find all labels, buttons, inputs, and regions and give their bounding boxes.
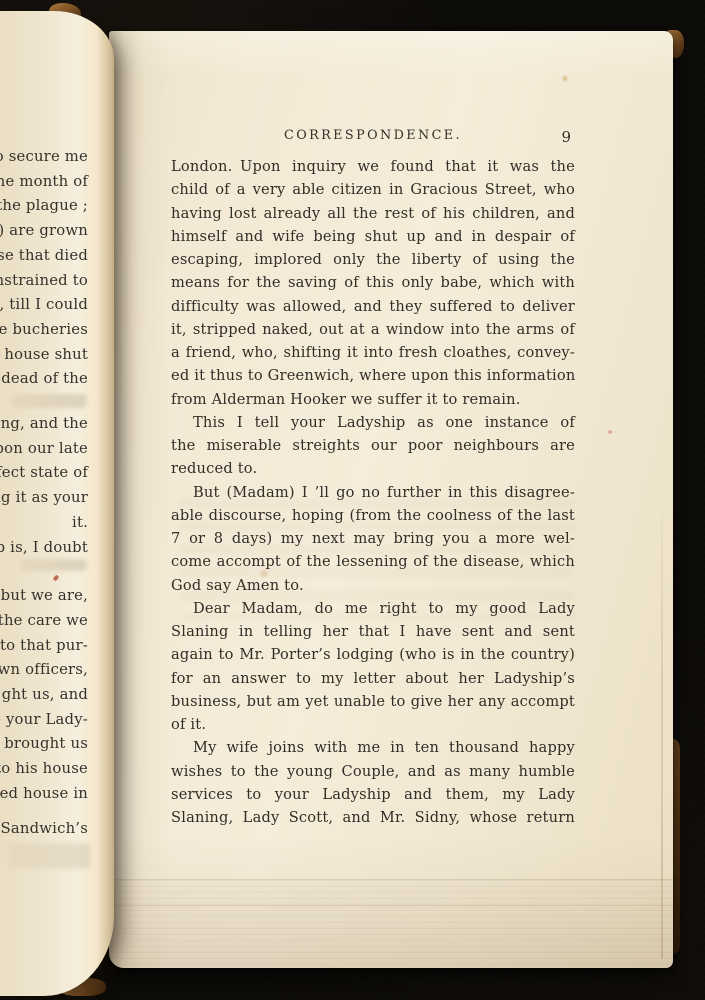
- text-line-fragment: own officers,: [0, 658, 88, 683]
- text-line: Slaning, Lady Scott, and Mr. Sidny, whos…: [171, 806, 575, 829]
- text-line-fragment: ne bucheries: [0, 318, 88, 343]
- text-line-fragment: se that died: [0, 244, 88, 269]
- left-page-curled: to secure mehe month ofthe plague ;d) ar…: [0, 11, 114, 996]
- text-line-fragment: the care we: [0, 609, 88, 634]
- text-line: My wife joins with me in ten thousand ha…: [171, 736, 575, 759]
- text-line-fragment: it.: [0, 511, 88, 536]
- text-line: again to Mr. Porter’s lodging (who is in…: [171, 643, 575, 666]
- text-line-fragment: rfect state of: [0, 461, 88, 486]
- text-line-fragment: pon our late: [0, 437, 88, 462]
- text-line: business, but am yet unable to give her …: [171, 690, 575, 713]
- text-line: services to your Ladyship and them, my L…: [171, 783, 575, 806]
- text-line: of it.: [171, 713, 575, 736]
- text-line-fragment: e your Lady-: [0, 708, 88, 733]
- text-line-fragment: s house shut: [0, 343, 88, 368]
- text-line: the miserable streights our poor neighbo…: [171, 434, 575, 457]
- text-line: difficulty was allowed, and they suffere…: [171, 295, 575, 318]
- text-line: reduced to.: [171, 457, 575, 480]
- open-book-photo: CORRESPONDENCE. 9 London. Upon inquiry w…: [0, 0, 705, 1000]
- page-number: 9: [561, 128, 571, 146]
- text-line: This I tell your Ladyship as one instanc…: [171, 411, 575, 434]
- foxing-spot: [607, 430, 613, 434]
- text-line: it, stripped naked, out at a window into…: [171, 318, 575, 341]
- text-line-fragment: the plague ;: [0, 194, 88, 219]
- text-line: means for the saving of this only babe, …: [171, 271, 575, 294]
- page-text-block: London. Upon inquiry we found that it wa…: [171, 155, 575, 829]
- text-line-fragment: onstrained to: [0, 269, 88, 294]
- text-line: having lost already all the rest of his …: [171, 202, 575, 225]
- text-line: a friend, who, shifting it into fresh cl…: [171, 341, 575, 364]
- text-line-fragment: ; but we are,: [0, 584, 88, 609]
- page-edge-step-line: [109, 905, 673, 906]
- show-through-smudge: [179, 499, 575, 619]
- text-line: ed it thus to Greenwich, where upon this…: [171, 364, 575, 387]
- text-line-fragment: dead of the: [0, 367, 88, 392]
- foxing-spot: [561, 75, 569, 82]
- running-title: CORRESPONDENCE.: [171, 128, 575, 143]
- text-line-fragment: s brought us: [0, 732, 88, 757]
- text-line: himself and wife being shut up and in de…: [171, 225, 575, 248]
- show-through-smudge: [12, 394, 86, 408]
- foxing-spot: [258, 569, 270, 578]
- text-line-fragment: to his house: [0, 757, 88, 782]
- text-line: London. Upon inquiry we found that it wa…: [171, 155, 575, 178]
- text-line-fragment: d) are grown: [0, 219, 88, 244]
- page-header: CORRESPONDENCE. 9: [171, 128, 575, 146]
- text-line-fragment: he month of: [0, 170, 88, 195]
- page-edge-right-line: [661, 491, 663, 959]
- text-line-fragment: p is, I doubt: [0, 536, 88, 561]
- left-page-text-column: to secure mehe month ofthe plague ;d) ar…: [0, 145, 88, 841]
- text-line: from Alderman Hooker we suffer it to rem…: [171, 388, 575, 411]
- text-line: for an answer to my letter about her Lad…: [171, 667, 575, 690]
- text-line-fragment: ted house in: [0, 782, 88, 807]
- text-line-fragment: to that pur-: [0, 634, 88, 659]
- text-line: Slaning in telling her that I have sent …: [171, 620, 575, 643]
- show-through-smudge: [20, 559, 86, 571]
- right-page: CORRESPONDENCE. 9 London. Upon inquiry w…: [109, 31, 673, 968]
- text-line-fragment: , till I could: [0, 293, 88, 318]
- text-line: child of a very able citizen in Gracious…: [171, 178, 575, 201]
- text-line-fragment: to secure me: [0, 145, 88, 170]
- text-line-fragment: ght us, and: [0, 683, 88, 708]
- text-line: wishes to the young Couple, and as many …: [171, 760, 575, 783]
- text-line-fragment: ng it as your: [0, 486, 88, 511]
- show-through-smudge: [8, 843, 90, 869]
- text-line-fragment: ng, and the: [0, 412, 88, 437]
- page-bottom-edge-texture: [109, 879, 673, 968]
- text-line-fragment: ord Sandwich’s: [0, 817, 88, 842]
- text-line: escaping, implored only the liberty of u…: [171, 248, 575, 271]
